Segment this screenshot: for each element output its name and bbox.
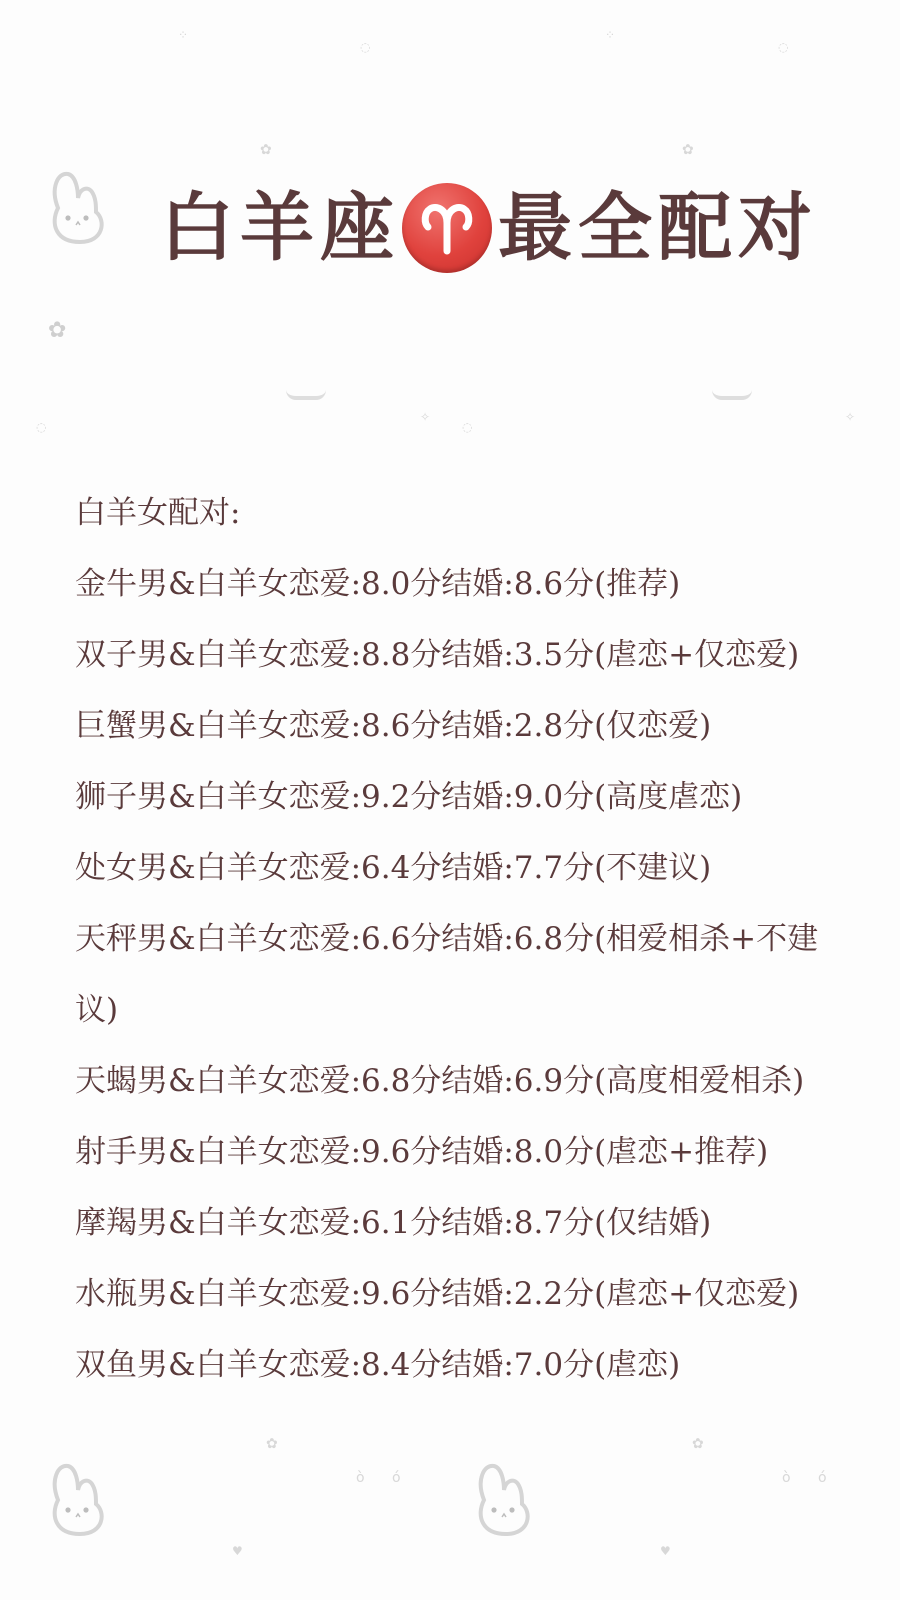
squiggle-icon bbox=[712, 390, 752, 400]
pairing-list: 白羊女配对: 金牛男&白羊女恋爱:8.0分结婚:8.6分(推荐) 双子男&白羊女… bbox=[75, 478, 855, 1401]
flower-icon: ✿ bbox=[682, 142, 694, 158]
flower-icon: ✿ bbox=[260, 142, 272, 158]
list-item: 水瓶男&白羊女恋爱:9.6分结婚:2.2分(虐恋+仅恋爱) bbox=[75, 1259, 855, 1330]
drop-icon: ò bbox=[356, 1470, 365, 1486]
drop-icon: ó bbox=[818, 1470, 827, 1486]
dot-icon: ◌ bbox=[360, 40, 370, 54]
list-item: 双子男&白羊女恋爱:8.8分结婚:3.5分(虐恋+仅恋爱) bbox=[75, 620, 855, 691]
dot-icon: ◌ bbox=[462, 420, 472, 434]
bunny-icon bbox=[470, 1460, 540, 1540]
list-item: 金牛男&白羊女恋爱:8.0分结婚:8.6分(推荐) bbox=[75, 549, 855, 620]
sparkle-icon: ⁘ bbox=[178, 28, 188, 42]
flower-icon: ✿ bbox=[266, 1436, 278, 1452]
drop-icon: ò bbox=[782, 1470, 791, 1486]
sparkle-icon: ⁘ bbox=[605, 28, 615, 42]
dot-icon: ◌ bbox=[36, 420, 46, 434]
heart-icon: ♥ bbox=[660, 1544, 671, 1558]
list-item: 狮子男&白羊女恋爱:9.2分结婚:9.0分(高度虐恋) bbox=[75, 762, 855, 833]
title-after: 最全配对 bbox=[498, 191, 818, 265]
list-item: 摩羯男&白羊女恋爱:6.1分结婚:8.7分(仅结婚) bbox=[75, 1188, 855, 1259]
list-item: 巨蟹男&白羊女恋爱:8.6分结婚:2.8分(仅恋爱) bbox=[75, 691, 855, 762]
list-item: 处女男&白羊女恋爱:6.4分结婚:7.7分(不建议) bbox=[75, 833, 855, 904]
page-title: 白羊座 最全配对 bbox=[160, 178, 818, 278]
sparkle-icon: ✧ bbox=[845, 410, 855, 424]
list-item: 天蝎男&白羊女恋爱:6.8分结婚:6.9分(高度相爱相杀) bbox=[75, 1046, 855, 1117]
flower-icon: ✿ bbox=[48, 318, 66, 343]
aries-symbol-icon bbox=[402, 183, 492, 273]
heart-icon: ♥ bbox=[232, 1544, 243, 1558]
bunny-icon bbox=[44, 1460, 114, 1540]
section-heading: 白羊女配对: bbox=[75, 478, 855, 549]
dot-icon: ◌ bbox=[778, 40, 788, 54]
title-before: 白羊座 bbox=[160, 191, 400, 265]
sparkle-icon: ✧ bbox=[420, 410, 430, 424]
bunny-icon bbox=[44, 168, 114, 248]
squiggle-icon bbox=[286, 390, 326, 400]
list-item: 天秤男&白羊女恋爱:6.6分结婚:6.8分(相爱相杀+不建议) bbox=[75, 904, 855, 1046]
flower-icon: ✿ bbox=[692, 1436, 704, 1452]
drop-icon: ó bbox=[392, 1470, 401, 1486]
list-item: 双鱼男&白羊女恋爱:8.4分结婚:7.0分(虐恋) bbox=[75, 1330, 855, 1401]
list-item: 射手男&白羊女恋爱:9.6分结婚:8.0分(虐恋+推荐) bbox=[75, 1117, 855, 1188]
